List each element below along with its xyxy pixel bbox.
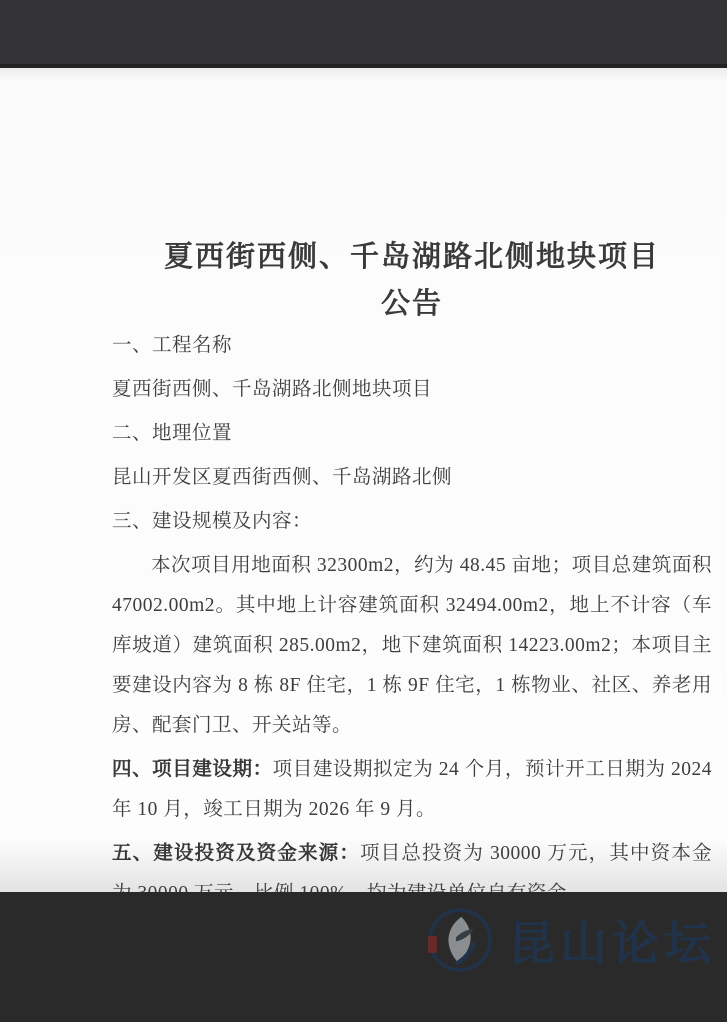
document-title-line1: 夏西街西侧、千岛湖路北侧地块项目 xyxy=(112,234,712,281)
forum-watermark: 昆山论坛 xyxy=(426,906,716,974)
section-3-heading: 三、建设规模及内容： xyxy=(112,502,712,542)
section-2-heading: 二、地理位置 xyxy=(112,414,712,454)
document-body: 一、工程名称 夏西街西侧、千岛湖路北侧地块项目 二、地理位置 昆山开发区夏西街西… xyxy=(112,326,712,962)
section-4-paragraph: 四、项目建设期：项目建设期拟定为 24 个月，预计开工日期为 2024 年 10… xyxy=(112,750,712,830)
forum-logo-icon xyxy=(426,906,494,974)
photo-top-letterbox xyxy=(0,0,727,68)
section-3-paragraph: 本次项目用地面积 32300m2，约为 48.45 亩地；项目总建筑面积 470… xyxy=(112,546,712,746)
section-1-text: 夏西街西侧、千岛湖路北侧地块项目 xyxy=(112,370,712,410)
section-1-heading: 一、工程名称 xyxy=(112,326,712,366)
document-title-line2: 公告 xyxy=(112,281,712,328)
section-5-lead: 五、建设投资及资金来源： xyxy=(112,843,360,864)
document-page: 夏西街西侧、千岛湖路北侧地块项目 公告 一、工程名称 夏西街西侧、千岛湖路北侧地… xyxy=(0,68,727,892)
red-seal-icon xyxy=(428,936,437,953)
forum-name: 昆山论坛 xyxy=(508,907,716,974)
section-4-lead: 四、项目建设期： xyxy=(112,759,273,780)
section-2-text: 昆山开发区夏西街西侧、千岛湖路北侧 xyxy=(112,458,712,498)
document-title: 夏西街西侧、千岛湖路北侧地块项目 公告 xyxy=(112,234,712,328)
